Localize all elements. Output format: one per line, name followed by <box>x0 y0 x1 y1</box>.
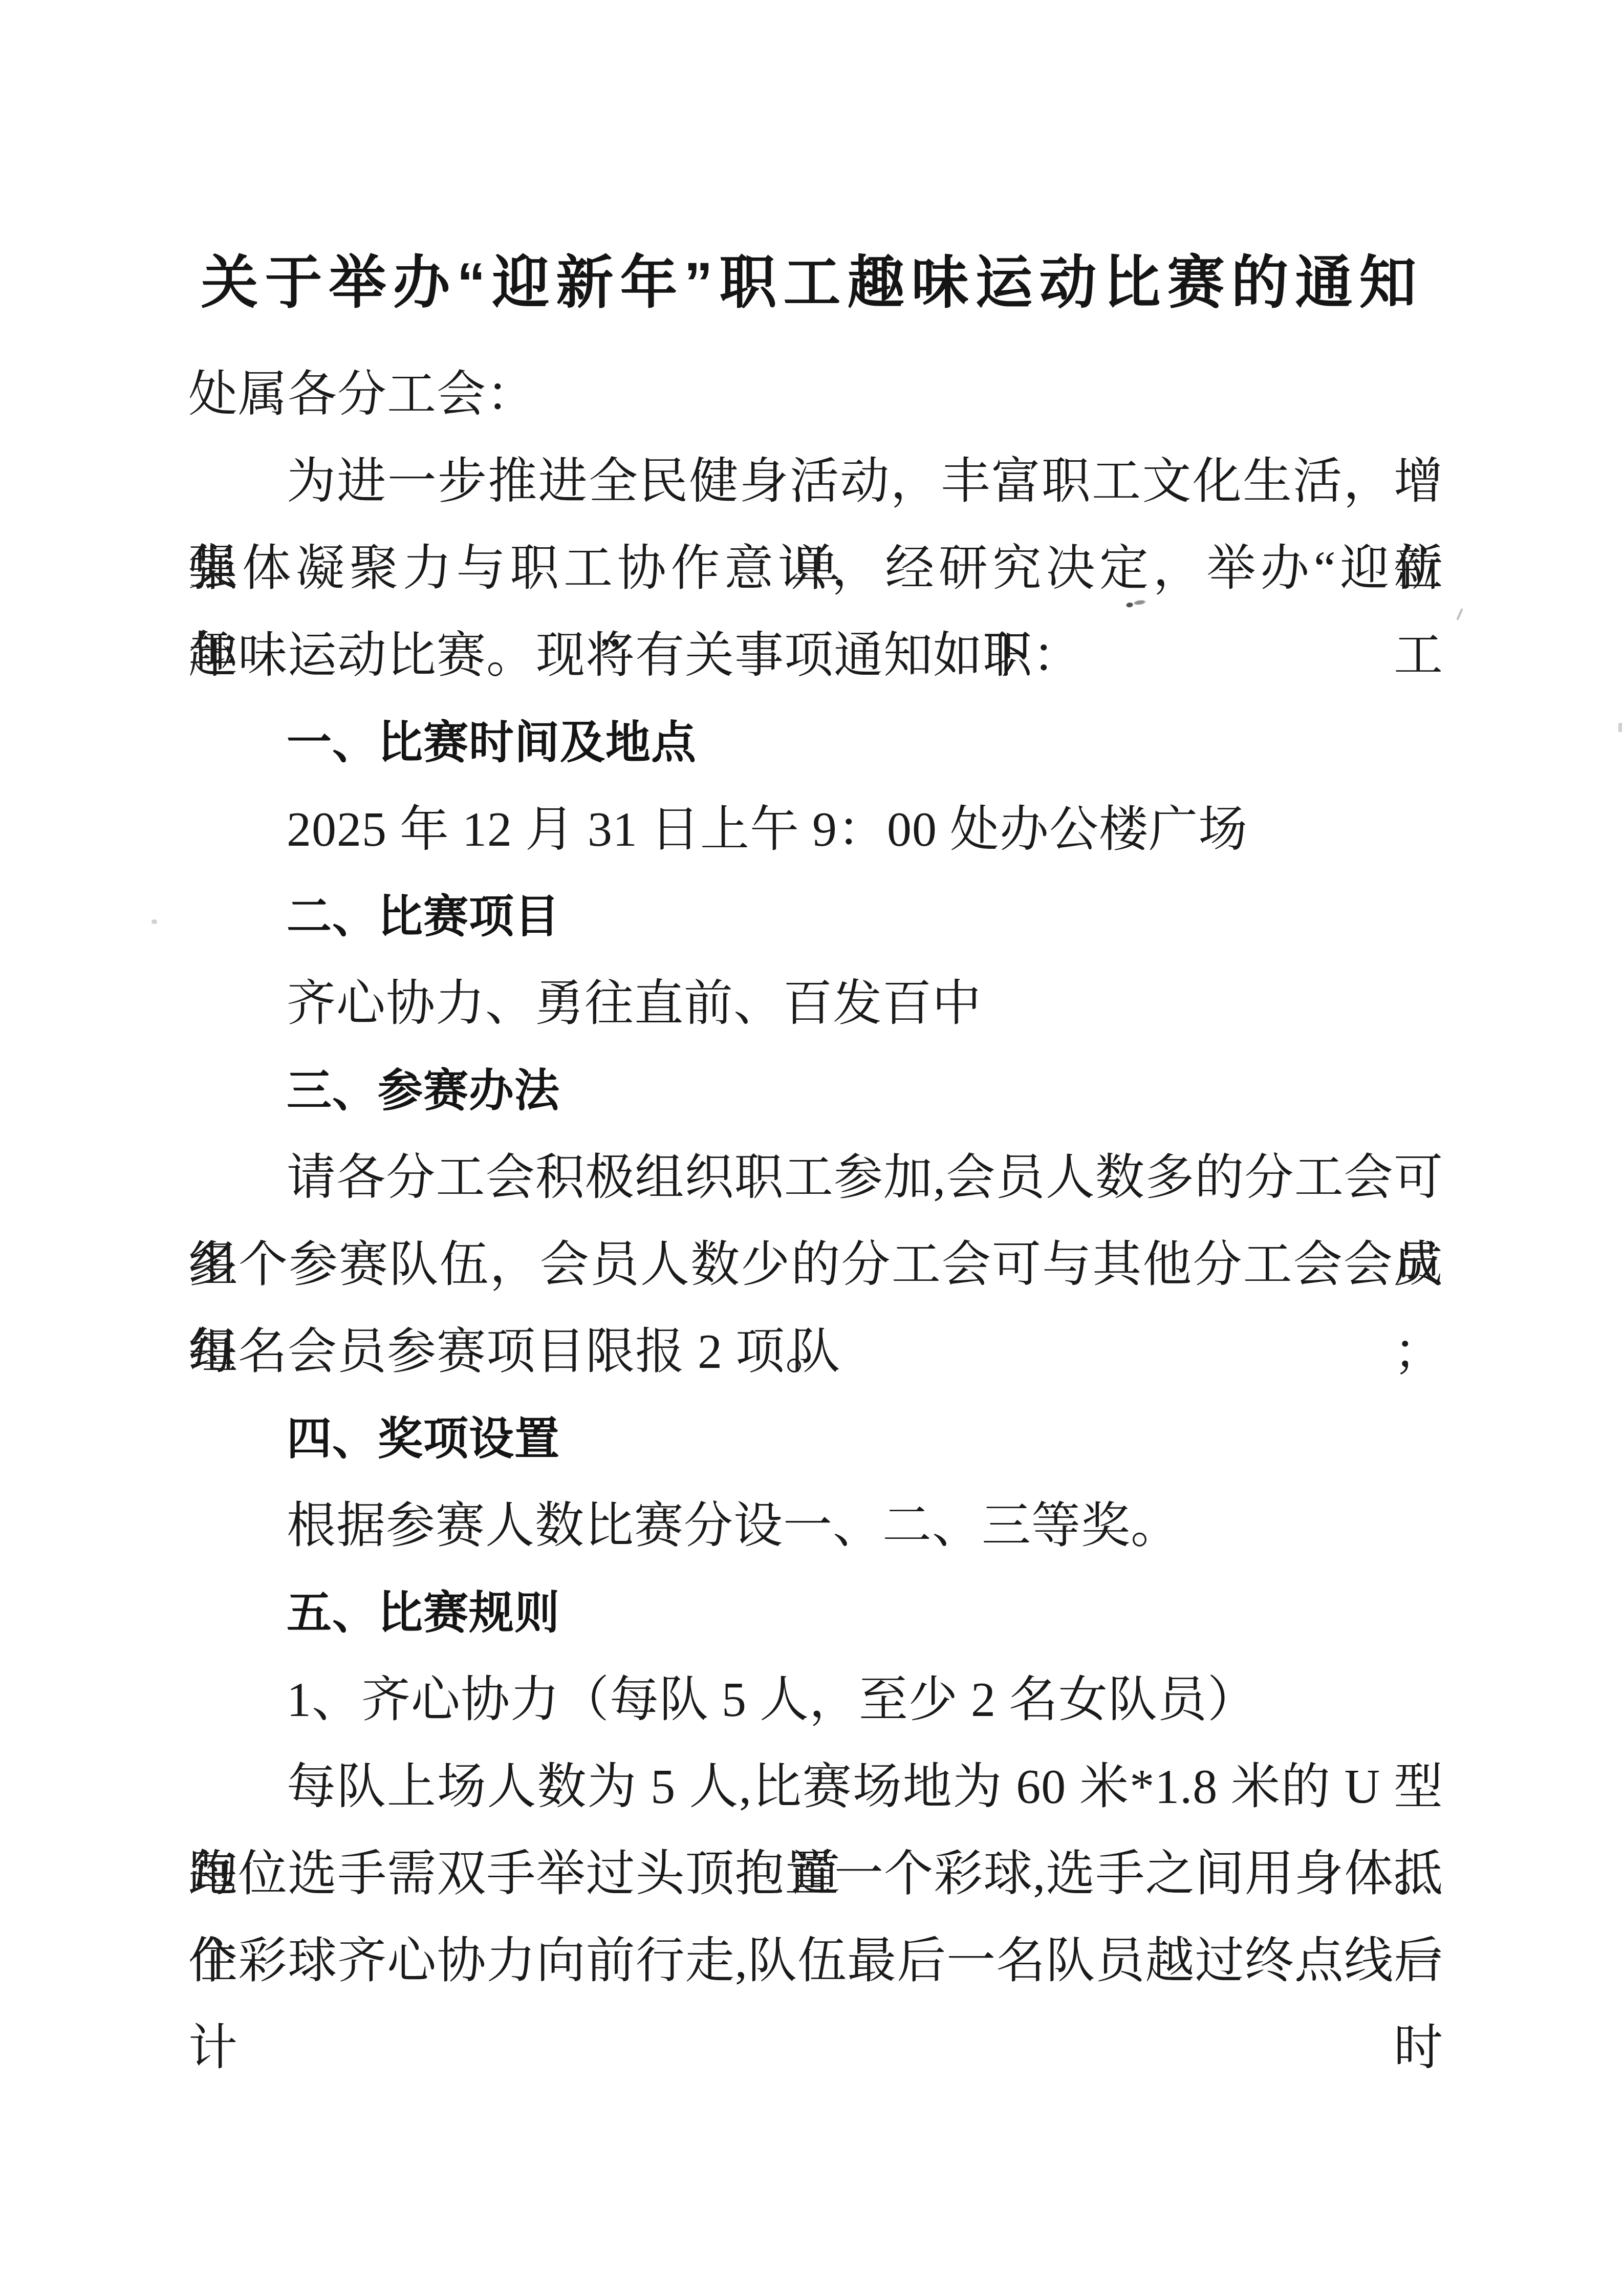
section-heading-time-place: 一、比赛时间及地点 <box>188 699 1443 786</box>
entry-paragraph-line-1: 请各分工会积极组织职工参加,会员人数多的分工会可组成 <box>188 1134 1443 1221</box>
events-line: 齐心协力、勇往直前、百发百中 <box>188 960 1443 1047</box>
rule-1-detail-line-1: 每队上场人数为 5 人,比赛场地为 60 米*1.8 米的 U 型跑道。 <box>188 1743 1443 1830</box>
section-heading-awards: 四、奖项设置 <box>188 1395 1443 1482</box>
rule-1-detail-line-3: 个彩球齐心协力向前行走,队伍最后一名队员越过终点线后计时 <box>188 1917 1443 2004</box>
section-heading-entry: 三、参赛办法 <box>188 1047 1443 1134</box>
scan-artifact-dot <box>151 919 157 924</box>
section-heading-events: 二、比赛项目 <box>188 873 1443 960</box>
rule-1-title-line: 1、齐心协力（每队 5 人，至少 2 名女队员） <box>188 1656 1443 1743</box>
scanned-notice-page: 关于举办“迎新年”职工趣味运动比赛的通知 处属各分工会： 为进一步推进全民健身活… <box>0 0 1624 2296</box>
document-body: 处属各分工会： 为进一步推进全民健身活动，丰富职工文化生活，增强单位 集体凝聚力… <box>188 351 1443 2004</box>
rule-1-detail-line-2: 每位选手需双手举过头顶抱置一个彩球,选手之间用身体抵住一 <box>188 1830 1443 1917</box>
time-place-line: 2025 年 12 月 31 日上午 9：00 处办公楼广场 <box>188 786 1443 873</box>
scan-artifact-edge-mark <box>1618 723 1622 732</box>
awards-line: 根据参赛人数比赛分设一、二、三等奖。 <box>188 1482 1443 1569</box>
entry-paragraph-line-2: 多个参赛队伍，会员人数少的分工会可与其他分工会会员组队； <box>188 1221 1443 1308</box>
scan-artifact-tick <box>1456 608 1463 620</box>
document-title: 关于举办“迎新年”职工趣味运动比赛的通知 <box>0 0 1624 333</box>
intro-paragraph-line-1: 为进一步推进全民健身活动，丰富职工文化生活，增强单位 <box>188 438 1443 525</box>
section-heading-rules: 五、比赛规则 <box>188 1569 1443 1656</box>
salutation-line: 处属各分工会： <box>188 351 1443 438</box>
intro-paragraph-line-2: 集体凝聚力与职工协作意识，经研究决定，举办“迎新年”职工 <box>188 525 1443 612</box>
